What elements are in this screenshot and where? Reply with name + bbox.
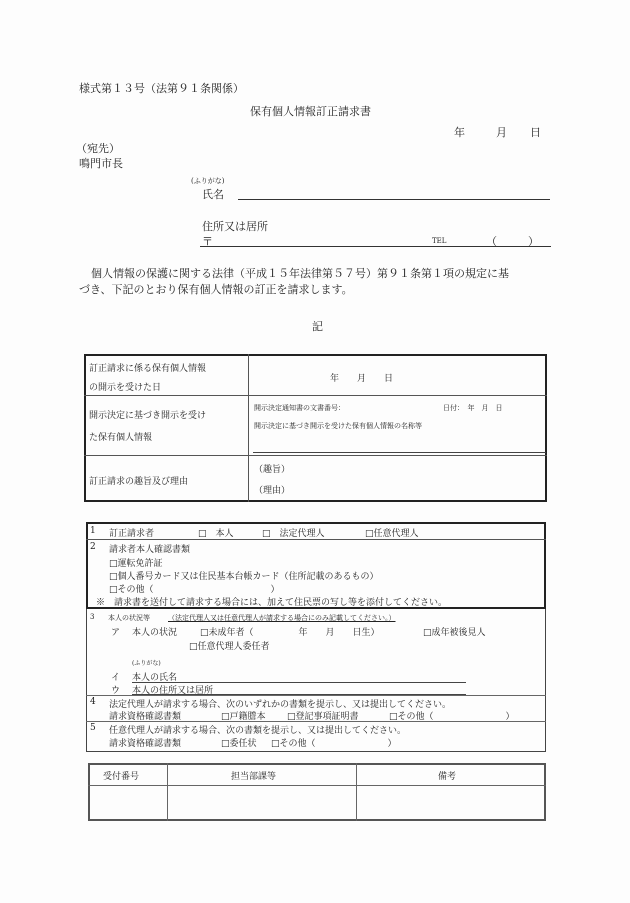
s3-label-note: （法定代理人又は任意代理人が請求する場合にのみ記載してください。）: [168, 613, 396, 623]
id-other-checkbox[interactable]: □その他（ ）: [109, 582, 280, 595]
registry-certificate-checkbox[interactable]: □登記事項証明書: [287, 709, 359, 722]
receipt-col-divider-2: [356, 763, 357, 821]
row3-label: 訂正請求の趣旨及び理由: [89, 474, 188, 487]
furigana-label: (ふりがな): [191, 176, 224, 186]
power-of-attorney-checkbox[interactable]: □委任状: [221, 736, 257, 749]
row1-label-line2: の開示を受けた日: [89, 380, 161, 393]
main-table-row-divider-2: [84, 455, 547, 456]
main-table-row-divider-1: [84, 395, 547, 396]
s3-furigana: (ふりがな): [132, 658, 161, 667]
s4-other-checkbox[interactable]: □その他（ ）: [389, 709, 515, 722]
info-divider-1: [86, 539, 546, 540]
receipt-header-divider: [88, 785, 546, 786]
requester-legal-agent-checkbox[interactable]: □ 法定代理人: [262, 526, 325, 539]
page-title: 保有個人情報訂正請求書: [250, 103, 371, 119]
addressee: 鳴門市長: [79, 155, 123, 171]
row2-label-line2: た保有個人情報: [89, 430, 152, 443]
s1-label: 訂正請求者: [109, 526, 154, 539]
receipt-remarks-cell[interactable]: [358, 787, 544, 819]
s3-num: 3: [90, 613, 94, 621]
s3-a-mark: ア: [111, 625, 120, 638]
s3-a-label: 本人の状況: [132, 625, 177, 638]
row1-label-line1: 訂正請求に係る保有個人情報: [89, 361, 206, 374]
reason-label: （理由）: [254, 483, 290, 496]
voluntary-principal-checkbox[interactable]: □任意代理人委任者: [189, 639, 270, 652]
receipt-header-remarks: 備考: [438, 769, 456, 782]
receipt-number-cell[interactable]: [90, 787, 166, 819]
name-label: 氏名: [202, 186, 224, 202]
row2-label-line1: 開示決定に基づき開示を受け: [89, 408, 206, 421]
s4-doc-label: 請求資格確認書類: [109, 709, 181, 722]
form-number: 様式第１３号（法第９１条関係）: [79, 80, 244, 96]
s2-note: ※ 請求書を送付して請求する場合には、加えて住民票の写し等を添付してください。: [96, 595, 447, 608]
disclosure-date-field[interactable]: 年 月 日: [330, 371, 393, 384]
id-drivers-license-checkbox[interactable]: □運転免許証: [109, 556, 163, 569]
requester-self-checkbox[interactable]: □ 本人: [198, 526, 234, 539]
s3-label: 本人の状況等: [108, 613, 150, 623]
family-register-checkbox[interactable]: □戸籍謄本: [221, 709, 266, 722]
address-label: 住所又は居所: [202, 218, 268, 234]
disclosed-info-name-label: 開示決定に基づき開示を受けた保有個人情報の名称等: [254, 421, 422, 431]
s3-u-mark: ウ: [111, 683, 120, 696]
s1-num: 1: [90, 526, 96, 536]
doc-number-label: 開示決定通知書の文書番号：: [254, 403, 345, 413]
intro-line2: づき、下記のとおり保有個人情報の訂正を請求します。: [79, 281, 353, 297]
notice-date-label: 日付： 年 月 日: [443, 403, 503, 413]
id-mynumber-card-checkbox[interactable]: □個人番号カード又は住民基本台帳カード（住所記載のあるもの）: [109, 569, 379, 582]
intro-line1: 個人情報の保護に関する法律（平成１５年法律第５７号）第９１条第１項の規定に基: [91, 265, 509, 281]
s5-other-checkbox[interactable]: □その他（ ）: [271, 736, 397, 749]
receipt-header-department: 担当部課等: [231, 769, 276, 782]
purpose-label: （趣旨）: [254, 462, 290, 475]
s3-i-mark: イ: [111, 670, 120, 683]
name-input-line[interactable]: [238, 199, 550, 200]
date-year: 年: [454, 124, 465, 140]
s4-num: 4: [90, 697, 96, 707]
s5-num: 5: [90, 723, 96, 733]
minor-checkbox[interactable]: □未成年者（ 年 月 日生）: [200, 625, 380, 638]
address-input-line[interactable]: [200, 246, 551, 247]
addressee-label: （宛先）: [76, 140, 120, 156]
main-table-col-divider: [248, 354, 249, 502]
receipt-department-cell[interactable]: [169, 787, 355, 819]
date-day: 日: [530, 124, 541, 140]
requester-voluntary-agent-checkbox[interactable]: □任意代理人: [365, 526, 419, 539]
ki-heading: 記: [312, 318, 323, 334]
s2-label: 請求者本人確認書類: [109, 542, 190, 555]
receipt-header-number: 受付番号: [103, 769, 139, 782]
tel-label: TEL: [432, 237, 446, 245]
disclosed-info-name-line[interactable]: [253, 452, 546, 453]
date-month: 月: [496, 124, 507, 140]
receipt-col-divider-1: [167, 763, 168, 821]
principal-address-line[interactable]: [132, 694, 466, 695]
adult-ward-checkbox[interactable]: □成年被後見人: [423, 625, 486, 638]
s5-text: 任意代理人が請求する場合、次の書類を提示し、又は提出してください。: [109, 723, 406, 736]
s2-num: 2: [90, 542, 96, 552]
s5-doc-label: 請求資格確認書類: [109, 736, 181, 749]
